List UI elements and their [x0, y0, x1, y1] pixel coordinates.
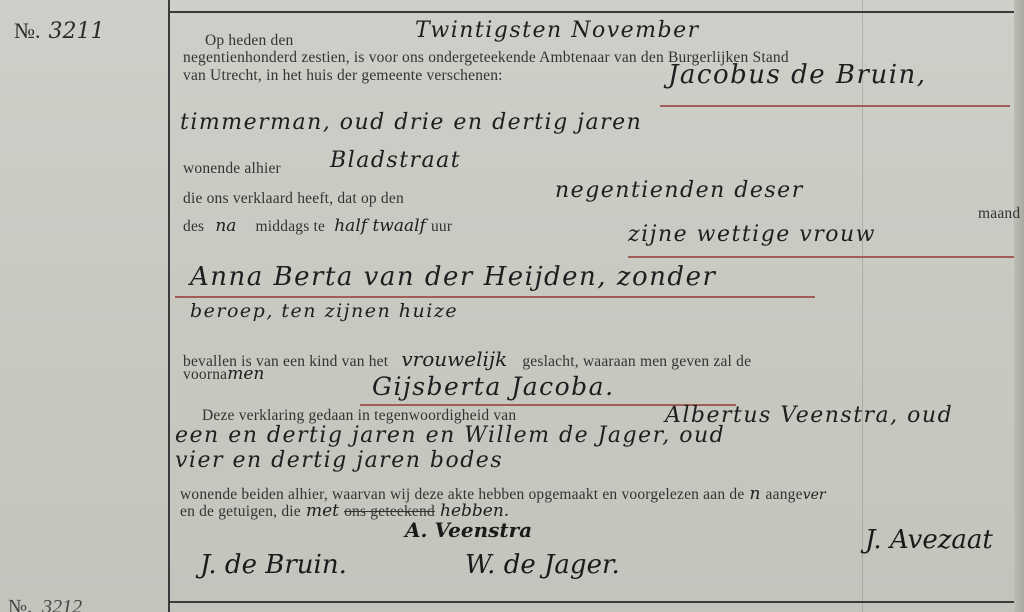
handwritten-wife-label: zijne wettige vrouw	[628, 222, 876, 247]
handwritten-address: Bladstraat	[330, 148, 461, 173]
handwritten-date: Twintigsten November	[415, 18, 700, 43]
printed-text: aange	[766, 486, 803, 503]
signature-witness-1: A. Veenstra	[405, 518, 532, 542]
handwritten-gender: vrouwelijk	[401, 347, 507, 371]
cert-line-11: voornamen	[183, 364, 264, 384]
printed-maand: maand	[978, 205, 1020, 223]
handwritten-child-name: Gijsberta Jacoba.	[372, 372, 615, 401]
handwritten-na: na	[215, 216, 236, 236]
next-number-label: №.	[8, 596, 32, 612]
cert-line-5: wonende alhier	[183, 160, 281, 178]
handwritten-time: half twaalf	[334, 216, 426, 236]
printed-text: geslacht, waaraan men geven zal de	[522, 353, 751, 370]
record-number: №.3211	[14, 18, 105, 44]
number-value: 3211	[49, 19, 105, 44]
signature-father: J. de Bruin.	[200, 550, 347, 580]
printed-text: en de getuigen, die	[180, 503, 301, 520]
handwritten-father-name: Jacobus de Bruin,	[668, 60, 927, 90]
printed-text: middags te	[256, 218, 326, 235]
cert-line-3: van Utrecht, in het huis der gemeente ve…	[183, 67, 503, 85]
handwritten-occupation-age: timmerman, oud drie en dertig jaren	[180, 110, 642, 135]
handwritten-met: met	[306, 501, 339, 521]
bottom-rule	[170, 601, 1024, 603]
next-record-number: №.3212	[8, 596, 82, 612]
handwritten-witness-ages: vier en dertig jaren bodes	[175, 448, 503, 473]
handwritten-n: n	[750, 484, 761, 504]
signature-witness-2: W. de Jager.	[465, 550, 620, 580]
handwritten-mother-name: Anna Berta van der Heijden, zonder	[190, 262, 716, 292]
page-fold	[862, 0, 863, 612]
printed-text: voorna	[183, 366, 227, 383]
red-underline	[660, 105, 1010, 107]
left-margin: №.3211 №.3212	[0, 0, 168, 612]
printed-uur: uur	[431, 218, 452, 235]
next-number-value: 3212	[42, 596, 82, 612]
page-edge	[1014, 0, 1024, 612]
handwritten-witness-2: een en dertig jaren en Willem de Jager, …	[175, 423, 725, 448]
cert-line-6: die ons verklaard heeft, dat op den	[183, 190, 404, 208]
red-underline	[628, 256, 1014, 258]
red-underline	[175, 296, 815, 298]
number-label: №.	[14, 18, 41, 43]
cert-line-7: des na middags te half twaalf uur	[183, 216, 452, 236]
handwritten-men: men	[227, 364, 264, 384]
printed-text: Op heden den	[205, 32, 293, 49]
printed-text: des	[183, 218, 204, 235]
cert-line-1: Op heden den	[205, 30, 293, 50]
signature-official: J. Avezaat	[865, 525, 993, 555]
handwritten-ver: ver	[803, 487, 826, 503]
handwritten-occupation-residence: beroep, ten zijnen huize	[190, 300, 458, 322]
handwritten-birth-date: negentienden deser	[555, 178, 804, 203]
top-rule	[170, 11, 1024, 13]
margin-rule	[168, 0, 170, 612]
document-page: №.3211 №.3212 Op heden den Twintigsten N…	[0, 0, 1024, 612]
cert-line-10: bevallen is van een kind van het vrouwel…	[183, 347, 751, 371]
